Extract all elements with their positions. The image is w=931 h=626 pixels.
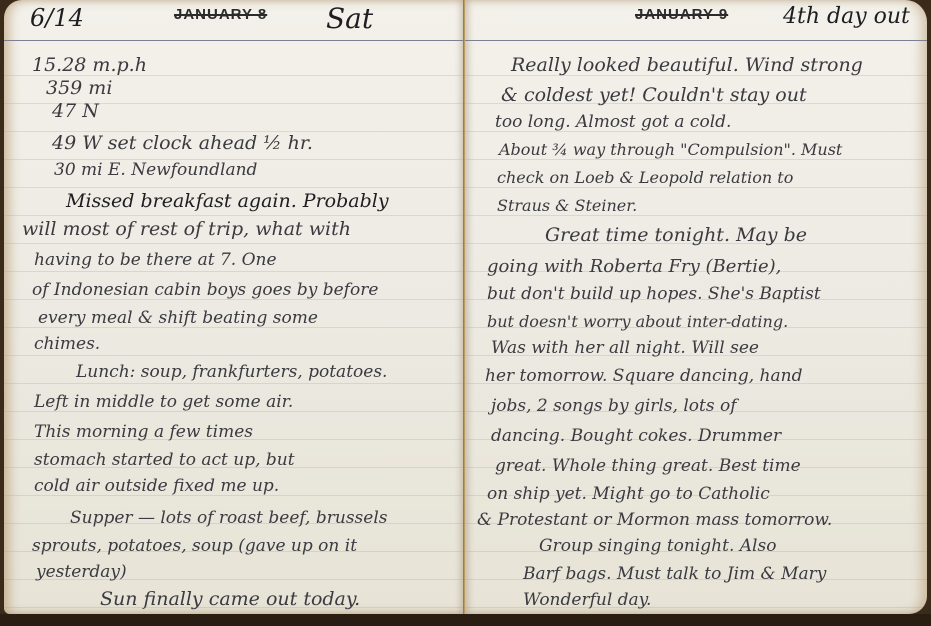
header-rule bbox=[4, 40, 464, 41]
entry-line: Barf bags. Must talk to Jim & Mary bbox=[523, 564, 826, 584]
entry-line: of Indonesian cabin boys goes by before bbox=[32, 280, 378, 300]
entry-line: chimes. bbox=[34, 334, 100, 354]
entry-line: her tomorrow. Square dancing, hand bbox=[485, 366, 802, 386]
entry-line: dancing. Bought cokes. Drummer bbox=[491, 426, 781, 446]
entry-line: Group singing tonight. Also bbox=[539, 536, 776, 556]
log-longitude: 49 W set clock ahead ½ hr. bbox=[52, 132, 313, 154]
entry-line: yesterday) bbox=[36, 562, 127, 582]
entry-line: will most of rest of trip, what with bbox=[22, 218, 351, 240]
entry-line: This morning a few times bbox=[34, 422, 253, 442]
left-page: JANUARY 8 6/14 Sat 15.28 m.p.h 359 mi 47… bbox=[4, 0, 464, 614]
log-latitude: 47 N bbox=[52, 100, 99, 122]
entry-line: Straus & Steiner. bbox=[497, 196, 637, 215]
entry-line: stomach started to act up, but bbox=[34, 450, 295, 470]
entry-line: Missed breakfast again. Probably bbox=[66, 190, 389, 212]
handwritten-day-note: 4th day out bbox=[783, 4, 910, 29]
right-page: JANUARY 9 4th day out Really looked beau… bbox=[465, 0, 927, 614]
book-bottom-edge bbox=[0, 614, 931, 626]
header-rule bbox=[465, 40, 927, 41]
log-speed: 15.28 m.p.h bbox=[32, 54, 147, 76]
entry-line: every meal & shift beating some bbox=[38, 308, 318, 328]
entry-line: About ¾ way through "Compulsion". Must bbox=[499, 140, 842, 159]
entry-line: check on Loeb & Leopold relation to bbox=[497, 168, 793, 187]
handwritten-date: 6/14 bbox=[30, 4, 84, 32]
entry-line: but don't build up hopes. She's Baptist bbox=[487, 284, 821, 304]
entry-line: & coldest yet! Couldn't stay out bbox=[501, 84, 807, 106]
log-position: 30 mi E. Newfoundland bbox=[54, 160, 257, 180]
entry-line: Left in middle to get some air. bbox=[34, 392, 293, 412]
entry-line: too long. Almost got a cold. bbox=[495, 112, 731, 132]
entry-line: Really looked beautiful. Wind strong bbox=[511, 54, 863, 76]
entry-line: Sun finally came out today. bbox=[100, 588, 360, 610]
entry-line: on ship yet. Might go to Catholic bbox=[487, 484, 770, 504]
entry-line: sprouts, potatoes, soup (gave up on it bbox=[32, 536, 357, 556]
diary-spread: JANUARY 8 6/14 Sat 15.28 m.p.h 359 mi 47… bbox=[0, 0, 931, 626]
entry-line: cold air outside fixed me up. bbox=[34, 476, 279, 496]
entry-line: Supper — lots of roast beef, brussels bbox=[70, 508, 388, 528]
entry-line: jobs, 2 songs by girls, lots of bbox=[491, 396, 737, 416]
entry-line: & Protestant or Mormon mass tomorrow. bbox=[477, 510, 832, 530]
entry-line: Great time tonight. May be bbox=[545, 224, 807, 246]
printed-date-crossed-out: JANUARY 9 bbox=[635, 6, 728, 23]
entry-line: Was with her all night. Will see bbox=[491, 338, 759, 358]
log-distance: 359 mi bbox=[46, 77, 112, 99]
entry-line: but doesn't worry about inter-dating. bbox=[487, 312, 788, 331]
entry-line: having to be there at 7. One bbox=[34, 250, 277, 270]
printed-date-crossed-out: JANUARY 8 bbox=[174, 6, 267, 23]
entry-line: Lunch: soup, frankfurters, potatoes. bbox=[76, 362, 387, 382]
entry-line: great. Whole thing great. Best time bbox=[495, 456, 801, 476]
day-label: Sat bbox=[326, 2, 373, 35]
entry-line: going with Roberta Fry (Bertie), bbox=[487, 256, 781, 277]
entry-line: Wonderful day. bbox=[523, 590, 651, 610]
